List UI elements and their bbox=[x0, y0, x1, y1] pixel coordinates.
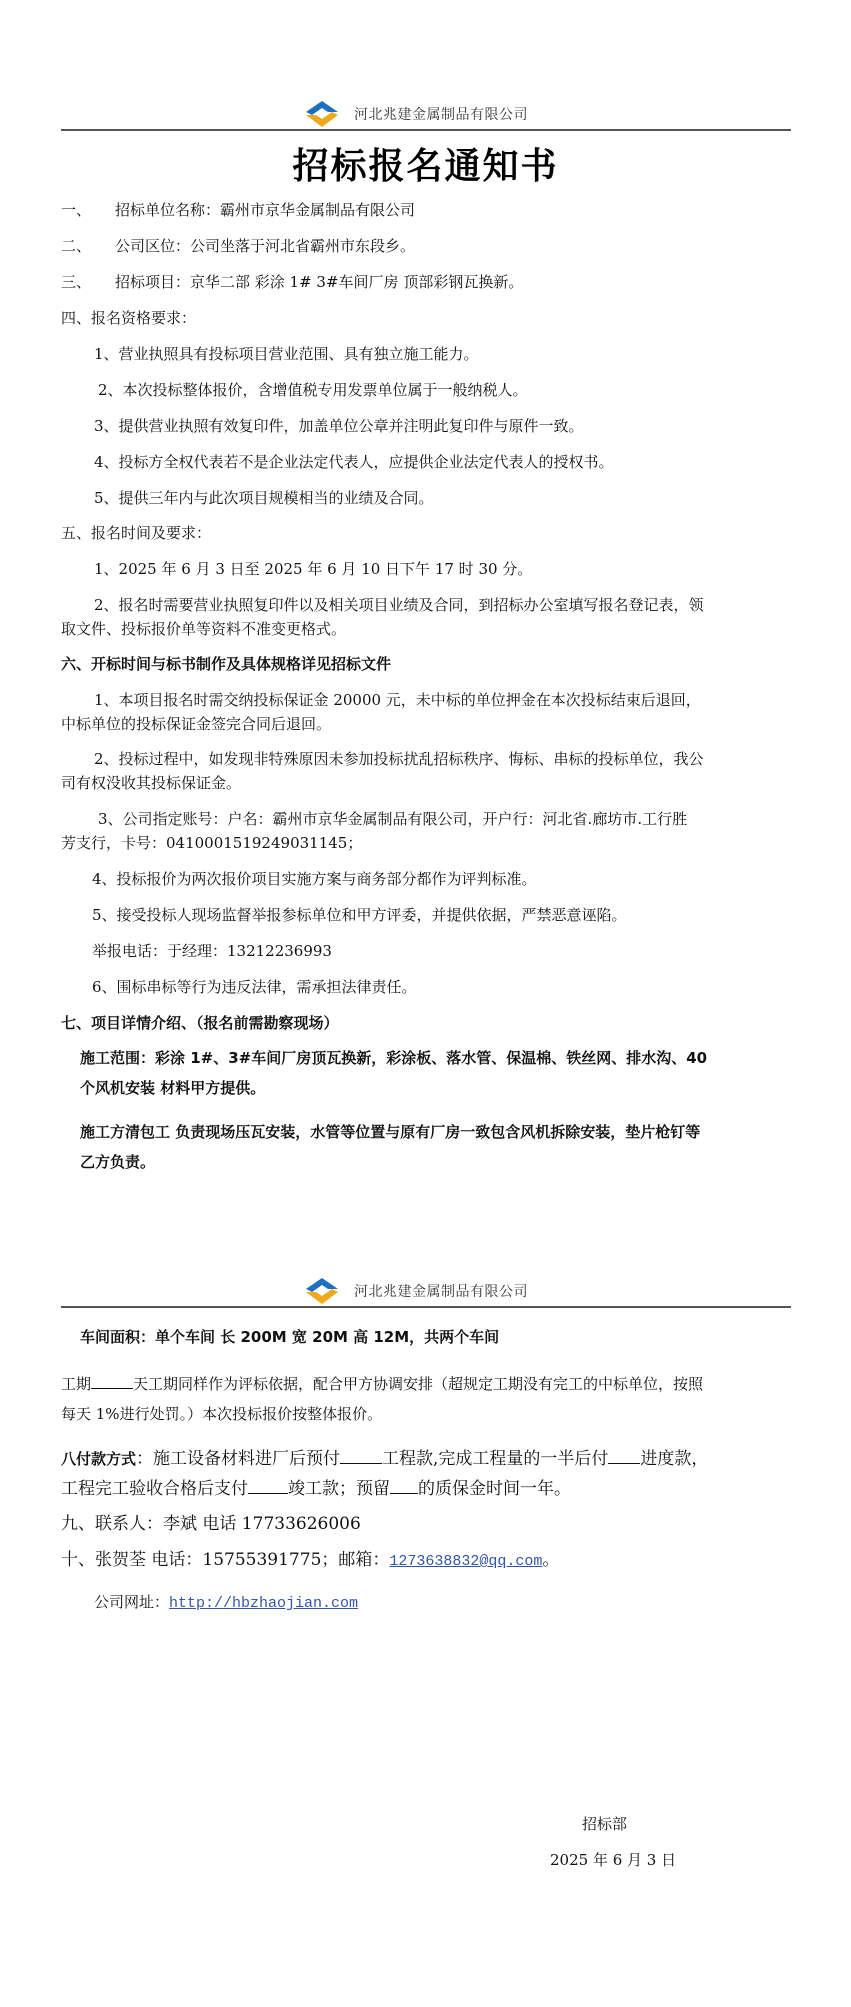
requirement-item: 4、投标方全权代表若不是企业法定代表人，应提供企业法定代表人的授权书。 bbox=[94, 451, 614, 472]
section-4-heading: 四、报名资格要求： bbox=[61, 307, 196, 328]
section-number: 三、 bbox=[61, 273, 91, 291]
payment-label: 八付款方式 bbox=[61, 1450, 136, 1468]
requirement-item: 3、提供营业执照有效复印件，加盖单位公章并注明此复印件与原件一致。 bbox=[94, 415, 584, 436]
contract-line1: 施工方清包工 负责现场压瓦安装，水管等位置与原有厂房一致包含风机拆除安装，垫片枪… bbox=[80, 1121, 700, 1142]
period-blank bbox=[91, 1373, 133, 1389]
payment-text: 进度款， bbox=[640, 1449, 708, 1469]
forfeit-line1: 2、投标过程中，如发现非特殊原因未参加投标扰乱招标秩序、悔标、串标的投标单位，我… bbox=[94, 748, 704, 769]
section-number: 一、 bbox=[61, 201, 91, 219]
section-text: 招标单位名称：霸州市京华金属制品有限公司 bbox=[115, 201, 415, 219]
company-logo-icon bbox=[306, 101, 338, 127]
company-logo-icon bbox=[306, 1278, 338, 1304]
section-text: 招标项目：京华二部 彩涂 1# 3#车间厂房 顶部彩钢瓦换新。 bbox=[115, 273, 523, 291]
payment-text: 工程款,完成工程量的一半后付 bbox=[382, 1449, 608, 1469]
registration-req-line2: 取文件、投标报价单等资料不准变更格式。 bbox=[61, 618, 346, 639]
forfeit-line2: 司有权没收其投标保证金。 bbox=[61, 772, 241, 793]
section-5-heading: 五、报名时间及要求： bbox=[61, 522, 211, 543]
deposit-line1: 1、本项目报名时需交纳投标保证金 20000 元，未中标的单位押金在本次投标结束… bbox=[94, 689, 701, 710]
page-title: 招标报名通知书 bbox=[0, 138, 851, 189]
contact-10-text: 十、张贺荃 电话：15755391775；邮箱： bbox=[61, 1550, 389, 1570]
signature-dept: 招标部 bbox=[582, 1813, 627, 1834]
payment-blank bbox=[340, 1446, 382, 1464]
section-1: 一、招标单位名称：霸州市京华金属制品有限公司 bbox=[61, 199, 415, 220]
supervision-note: 5、接受投标人现场监督举报参标单位和甲方评委，并提供依据，严禁恶意诬陷。 bbox=[92, 904, 627, 925]
period-line1: 工期天工期同样作为评标依据，配合甲方协调安排（超规定工期没有完工的中标单位，按照 bbox=[61, 1373, 703, 1394]
registration-time: 1、2025 年 6 月 3 日至 2025 年 6 月 10 日下午 17 时… bbox=[94, 558, 532, 579]
header-rule bbox=[61, 1306, 791, 1308]
payment-line2: 工程完工验收合格后支付竣工款；预留的质保金时间一年。 bbox=[61, 1474, 571, 1499]
payment-text: 施工设备材料进厂后预付 bbox=[153, 1449, 340, 1469]
payment-text: 工程完工验收合格后支付 bbox=[61, 1479, 248, 1499]
signature-date: 2025 年 6 月 3 日 bbox=[550, 1849, 676, 1870]
payment-text: 的质保金时间一年。 bbox=[418, 1479, 571, 1499]
payment-colon: ： bbox=[136, 1449, 153, 1469]
section-3: 三、招标项目：京华二部 彩涂 1# 3#车间厂房 顶部彩钢瓦换新。 bbox=[61, 271, 523, 292]
requirement-item: 2、本次投标整体报价，含增值税专用发票单位属于一般纳税人。 bbox=[98, 379, 528, 400]
requirement-item: 5、提供三年内与此次项目规模相当的业绩及合同。 bbox=[94, 487, 434, 508]
period-text: 天工期同样作为评标依据，配合甲方协调安排（超规定工期没有完工的中标单位，按照 bbox=[133, 1375, 703, 1393]
company-name: 河北兆建金属制品有限公司 bbox=[354, 1281, 528, 1301]
period-line2: 每天 1%进行处罚。）本次投标报价按整体报价。 bbox=[61, 1403, 382, 1424]
payment-line1: 八付款方式：施工设备材料进厂后预付工程款,完成工程量的一半后付进度款， bbox=[61, 1444, 708, 1469]
section-number: 二、 bbox=[61, 237, 91, 255]
section-6-heading: 六、开标时间与标书制作及具体规格详见招标文件 bbox=[61, 653, 391, 674]
letterhead: 河北兆建金属制品有限公司 bbox=[61, 95, 791, 135]
contact-10-suffix: 。 bbox=[542, 1550, 559, 1570]
legal-note: 6、围标串标等行为违反法律，需承担法律责任。 bbox=[92, 976, 417, 997]
payment-blank bbox=[390, 1476, 418, 1494]
website-link[interactable]: http://hbzhaojian.com bbox=[169, 1595, 358, 1612]
website-label: 公司网址： bbox=[94, 1593, 169, 1611]
deposit-line2: 中标单位的投标保证金签完合同后退回。 bbox=[61, 713, 331, 734]
letterhead-page-2: 河北兆建金属制品有限公司 bbox=[61, 1272, 791, 1312]
report-phone: 举报电话：于经理：13212236993 bbox=[92, 940, 332, 961]
section-7-heading: 七、项目详情介绍、（报名前需勘察现场） bbox=[61, 1012, 339, 1033]
section-2: 二、公司区位：公司坐落于河北省霸州市东段乡。 bbox=[61, 235, 415, 256]
payment-blank bbox=[608, 1446, 640, 1464]
company-name: 河北兆建金属制品有限公司 bbox=[354, 104, 528, 124]
header-rule bbox=[61, 129, 791, 131]
payment-text: 竣工款；预留 bbox=[288, 1479, 390, 1499]
section-text: 公司区位：公司坐落于河北省霸州市东段乡。 bbox=[115, 237, 415, 255]
evaluation-standard: 4、投标报价为两次报价项目实施方案与商务部分都作为评判标准。 bbox=[92, 868, 537, 889]
payment-blank bbox=[248, 1476, 288, 1494]
period-prefix: 工期 bbox=[61, 1375, 91, 1393]
workshop-area: 车间面积：单个车间 长 200M 宽 20M 高 12M，共两个车间 bbox=[80, 1326, 499, 1347]
website-line: 公司网址：http://hbzhaojian.com bbox=[94, 1591, 358, 1612]
registration-req-line1: 2、报名时需要营业执照复印件以及相关项目业绩及合同，到招标办公室填写报名登记表，… bbox=[94, 594, 704, 615]
requirement-item: 1、营业执照具有投标项目营业范围、具有独立施工能力。 bbox=[94, 343, 479, 364]
scope-line1: 施工范围：彩涂 1#、3#车间厂房顶瓦换新，彩涂板、落水管、保温棉、铁丝网、排水… bbox=[80, 1047, 707, 1068]
contract-line2: 乙方负责。 bbox=[80, 1151, 155, 1172]
bank-account-line2: 芳支行，卡号：0410001519249031145； bbox=[61, 832, 362, 853]
contact-10: 十、张贺荃 电话：15755391775；邮箱：1273638832@qq.co… bbox=[61, 1545, 559, 1570]
bank-account-line1: 3、公司指定账号：户名：霸州市京华金属制品有限公司，开户行：河北省.廊坊市.工行… bbox=[98, 808, 687, 829]
scope-line2: 个风机安装 材料甲方提供。 bbox=[80, 1077, 265, 1098]
contact-9: 九、联系人：李斌 电话 17733626006 bbox=[61, 1509, 361, 1534]
email-link[interactable]: 1273638832@qq.com bbox=[389, 1553, 542, 1570]
